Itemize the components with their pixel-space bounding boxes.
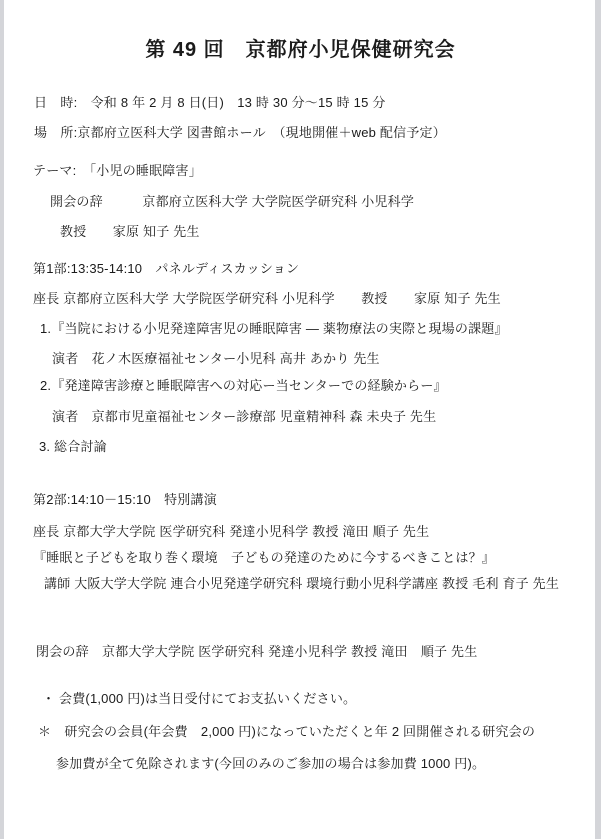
part1-talk2-title: 2.『発達障害診療と睡眠障害への対応ー当センターでの経験からー』 <box>40 377 447 394</box>
part2-chair-line: 座長 京都大学大学院 医学研究科 発達小児科学 教授 滝田 順子 先生 <box>33 523 429 540</box>
page-edge-left <box>0 0 4 839</box>
part2-lecture-title: 『睡眠と子どもを取り巻く環境 子どもの発達のために今するべきことは？』 <box>33 549 495 566</box>
document-title: 第 49 回 京都府小児保健研究会 <box>0 33 601 62</box>
note-membership-2: 参加費が全て免除されます(今回のみのご参加の場合は参加費 1000 円)。 <box>56 755 485 772</box>
document-page: 第 49 回 京都府小児保健研究会 日 時: 令和 8 年 2 月 8 日(日)… <box>0 0 601 839</box>
part1-general-discussion: 3. 総合討論 <box>39 438 107 455</box>
theme-line: テーマ: 「小児の睡眠障害」 <box>33 162 202 179</box>
opening-speaker-line: 教授 家原 知子 先生 <box>60 223 200 240</box>
part1-talk1-title: 1.『当院における小児発達障害児の睡眠障害 ― 薬物療法の実際と現場の課題』 <box>40 320 508 337</box>
datetime-line: 日 時: 令和 8 年 2 月 8 日(日) 13 時 30 分～15 時 15… <box>34 94 386 111</box>
venue-line: 場 所:京都府立医科大学 図書館ホール （現地開催＋web 配信予定） <box>34 124 446 141</box>
part2-header: 第2部:14:10－15:10 特別講演 <box>33 491 217 508</box>
note-fee: ・ 会費(1,000 円)は当日受付にてお支払いください。 <box>42 690 356 707</box>
part1-chair-line: 座長 京都府立医科大学 大学院医学研究科 小児科学 教授 家原 知子 先生 <box>33 290 501 307</box>
closing-address-line: 閉会の辞 京都大学大学院 医学研究科 発達小児科学 教授 滝田 順子 先生 <box>36 643 477 660</box>
opening-address-line: 開会の辞 京都府立医科大学 大学院医学研究科 小児科学 <box>50 193 414 210</box>
part1-talk1-speaker: 演者 花ノ木医療福祉センター小児科 高井 あかり 先生 <box>52 350 380 367</box>
part1-header: 第1部:13:35-14:10 パネルディスカッション <box>33 260 299 277</box>
part2-lecturer-line: 講師 大阪大学大学院 連合小児発達学研究科 環境行動小児科学講座 教授 毛利 育… <box>44 575 559 592</box>
part1-talk2-speaker: 演者 京都市児童福祉センター診療部 児童精神科 森 未央子 先生 <box>52 408 436 425</box>
note-membership-1: ＊ 研究会の会員(年会費 2,000 円)になっていただくと年 2 回開催される… <box>38 723 535 740</box>
page-edge-right <box>595 0 601 839</box>
